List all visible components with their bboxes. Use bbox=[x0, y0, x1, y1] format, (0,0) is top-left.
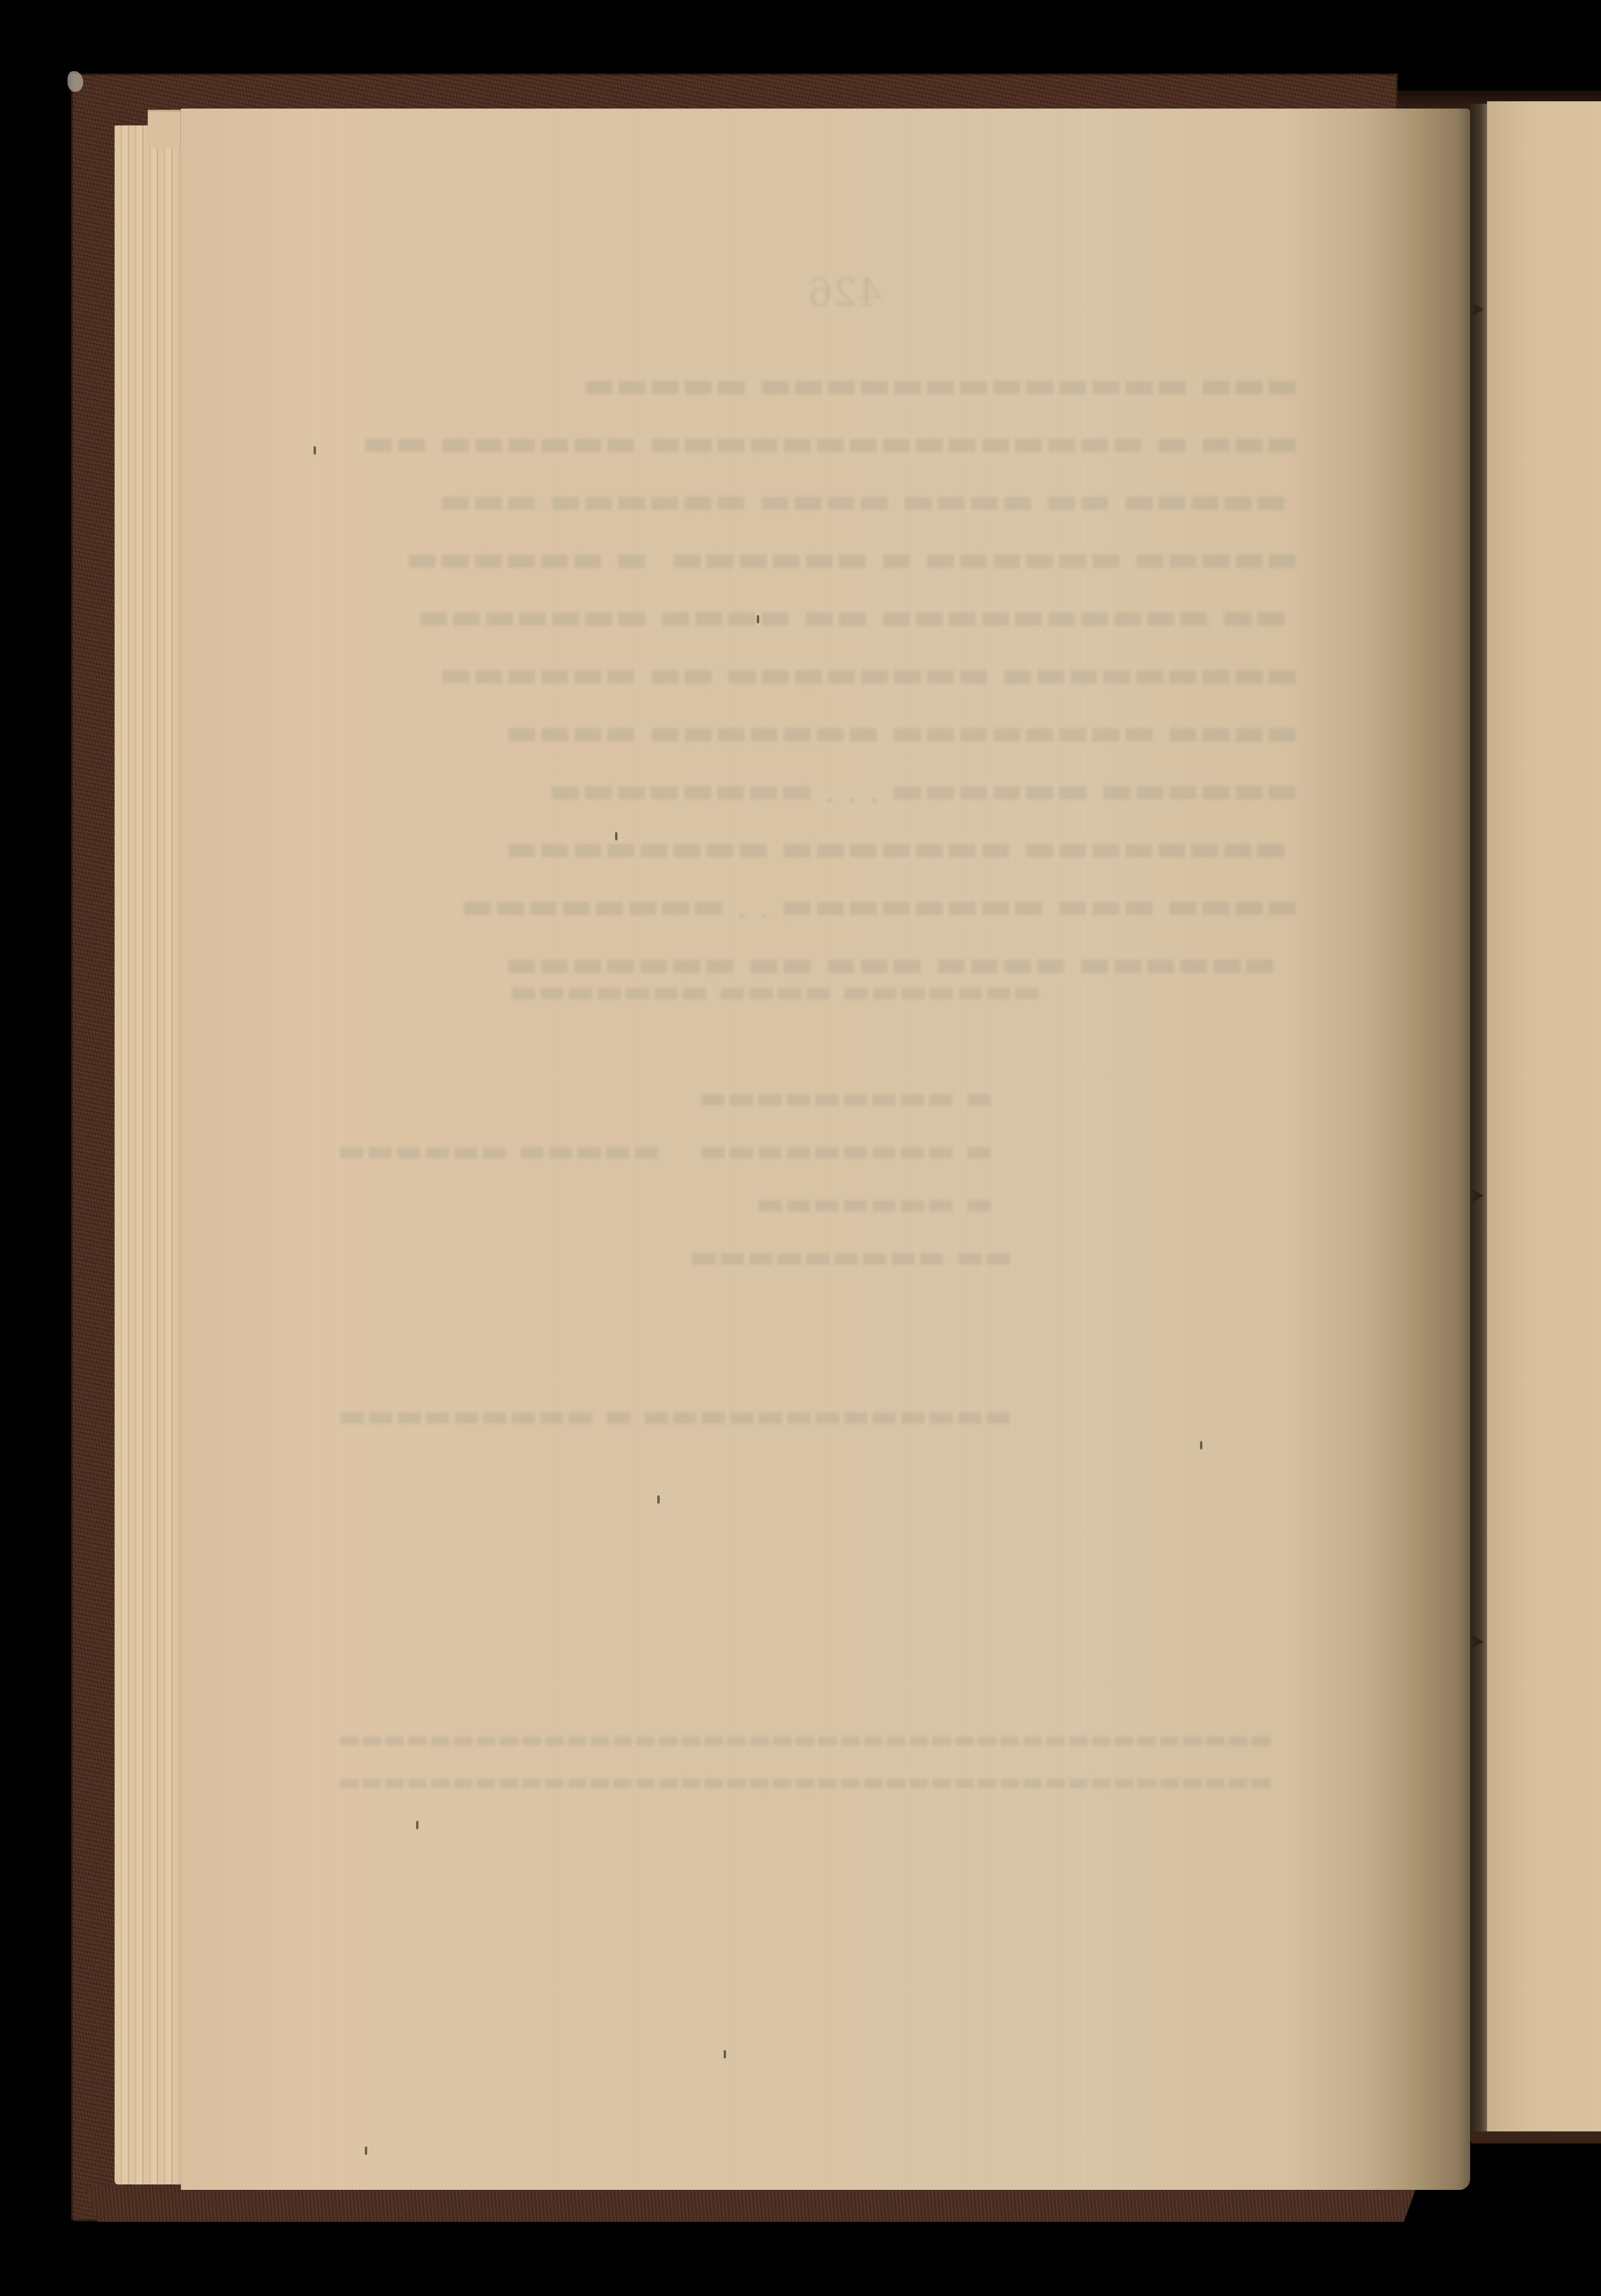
paper-speck bbox=[1200, 1441, 1202, 1449]
cover-corner-wear bbox=[68, 71, 83, 92]
main-page-blank bbox=[181, 109, 1470, 2190]
scan-background: 426 ▬▬▬ ▬▬▬▬▬▬▬▬▬▬▬▬▬ ▬▬▬▬▬ ▬▬▬ ▬ ▬▬▬▬▬▬… bbox=[0, 0, 1601, 2296]
paper-speck bbox=[615, 832, 617, 840]
paper-speck bbox=[314, 446, 316, 455]
book-gutter bbox=[1470, 104, 1488, 2142]
paper-speck bbox=[724, 2050, 726, 2058]
book-cover-bottom-edge bbox=[84, 2186, 1417, 2222]
paper-speck bbox=[365, 2146, 367, 2155]
facing-page-edge bbox=[1487, 101, 1601, 2133]
paper-speck bbox=[416, 1821, 418, 1829]
paper-speck bbox=[757, 615, 759, 623]
page-number-show-through: 426 bbox=[808, 271, 882, 316]
facing-cover-bottom-edge bbox=[1471, 2131, 1601, 2143]
paper-speck bbox=[657, 1495, 660, 1504]
